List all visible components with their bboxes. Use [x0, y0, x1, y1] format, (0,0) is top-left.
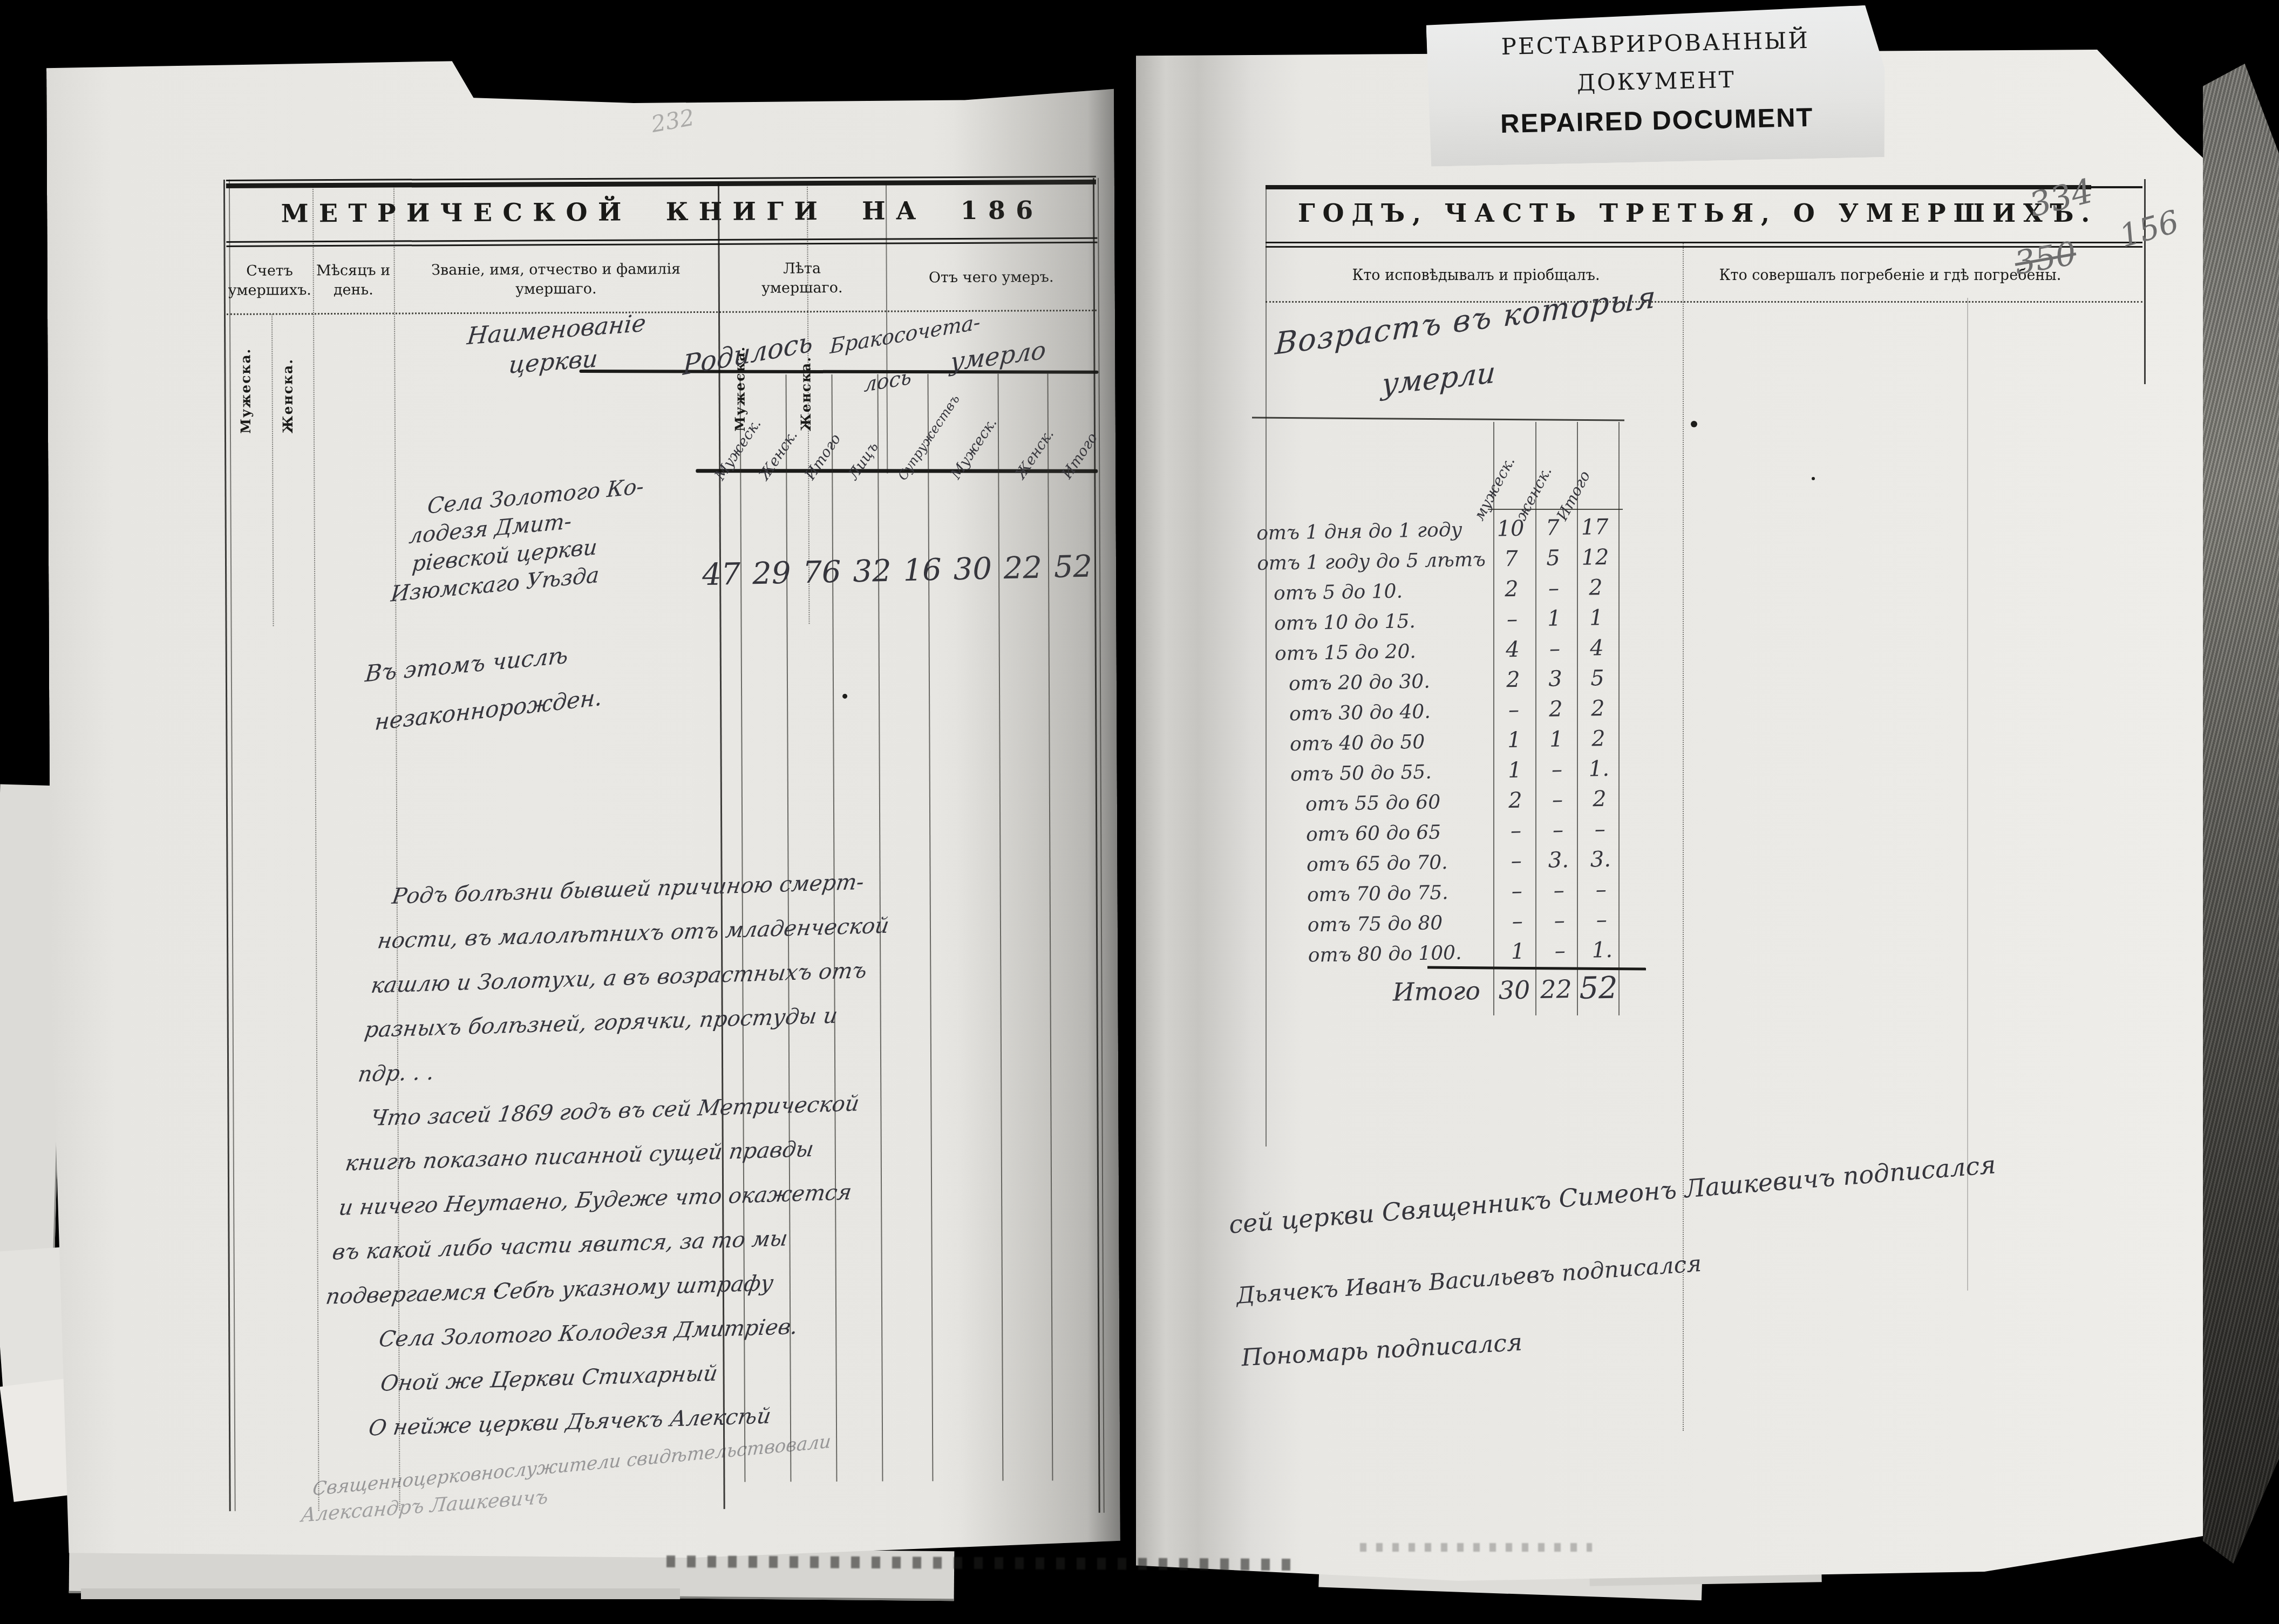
hw-church-entry: Села Золотого Ко-лодезя Дмит-ріевской це…: [403, 472, 645, 607]
hw-signature-line: Дьячекъ Иванъ Васильевъ подписался: [1235, 1250, 1702, 1309]
age-female-count: 3: [1534, 666, 1577, 692]
age-female-count: –: [1538, 908, 1581, 933]
age-total-all: 52: [1576, 970, 1620, 1006]
age-male-count: 4: [1492, 637, 1534, 662]
subcolumn-female-label: Женска.: [798, 304, 814, 431]
age-range-label: отъ 80 до 100.: [1264, 941, 1498, 967]
age-total-count: 17: [1574, 515, 1616, 540]
age-male-count: –: [1496, 909, 1539, 934]
table-rule: [1252, 417, 1624, 421]
age-male-count: 2: [1491, 576, 1533, 602]
column-header-count: Счетъ умершихъ.: [226, 249, 313, 312]
age-male-count: 2: [1492, 667, 1535, 692]
age-female-count: –: [1536, 757, 1579, 782]
age-female-count: –: [1533, 576, 1575, 601]
age-total-count: 1.: [1578, 756, 1621, 781]
hw-age-heading2: умерли: [1380, 356, 1496, 402]
column-header-name: Званіе, имя, отчество и фамилія умершаго…: [393, 248, 718, 312]
age-total-count: 1: [1575, 605, 1618, 631]
age-male-count: 7: [1490, 546, 1533, 571]
age-female-count: –: [1534, 636, 1576, 661]
age-range-label: отъ 55 до 60: [1261, 790, 1495, 816]
age-female-count: –: [1537, 817, 1580, 843]
age-female-count: 2: [1535, 697, 1577, 722]
summary-number: 32: [847, 553, 898, 589]
hw-note-line: Въ этомъ числѣ: [364, 642, 569, 687]
age-total-label: Итого: [1260, 975, 1494, 1009]
column-line: [312, 185, 319, 1511]
age-total-count: –: [1579, 816, 1621, 842]
book-fore-edge: [2203, 64, 2279, 1564]
subcolumn-male-label: Мужеска.: [237, 318, 254, 434]
margin-line: [2144, 179, 2146, 384]
age-range-label: отъ 1 дня до 1 году: [1256, 518, 1490, 544]
age-range-label: отъ 1 году до 5 лѣтъ: [1257, 548, 1491, 575]
ink-speck: [842, 694, 847, 699]
age-male-count: 2: [1494, 788, 1537, 813]
age-female-count: –: [1536, 787, 1579, 813]
age-range-label: отъ 15 до 20.: [1258, 639, 1492, 665]
age-total-count: –: [1580, 877, 1622, 902]
hw-diagonal-header: Лицъ: [845, 439, 882, 483]
table-rule: [1266, 185, 2091, 189]
age-male-count: –: [1495, 818, 1538, 843]
age-female-count: 7: [1532, 515, 1574, 541]
age-range-label: отъ 5 до 10.: [1257, 578, 1491, 605]
age-male-count: –: [1491, 606, 1534, 632]
summary-number: 16: [897, 552, 948, 588]
age-range-label: отъ 40 до 50: [1260, 729, 1494, 756]
age-range-label: отъ 20 до 30.: [1259, 669, 1493, 695]
table-rule: [1266, 301, 2142, 303]
summary-number: 29: [746, 556, 798, 592]
age-total-count: 3.: [1579, 847, 1622, 872]
age-range-label: отъ 70 до 75.: [1263, 881, 1496, 907]
column-header-month-day: Мѣсяцъ и день.: [312, 249, 394, 312]
table-rule: [1266, 242, 2142, 243]
age-female-count: 5: [1532, 545, 1575, 571]
hw-diagonal-headers: Мужеск.Женск.ИтогоЛицъСупружествъМужеск.…: [46, 56, 1114, 61]
hw-note-line: незаконнорожден.: [374, 684, 603, 735]
label-line-russian-2: ДОКУМЕНТ: [1427, 63, 1885, 99]
age-range-label: отъ 50 до 55.: [1261, 760, 1494, 786]
age-male-count: –: [1493, 697, 1535, 722]
age-female-count: 1: [1533, 606, 1576, 631]
archival-book-scan: 232 МЕТРИЧЕСКОЙ КНИГИ НА 186 Счетъ умерш…: [0, 0, 2279, 1624]
summary-number: 47: [696, 557, 747, 593]
under-page-strip: [81, 1588, 680, 1599]
age-range-label: отъ 65 до 70.: [1262, 850, 1496, 877]
age-male-count: 1: [1493, 727, 1536, 753]
hw-signature-line: Пономарь подписался: [1241, 1328, 1523, 1371]
age-total-count: –: [1580, 907, 1623, 932]
age-female-count: –: [1538, 878, 1580, 903]
hw-married-label2: лось: [863, 365, 912, 397]
column-line: [1967, 298, 1968, 1291]
age-male-count: 10: [1489, 516, 1532, 541]
hw-age-table: отъ 1 дня до 1 году 10 7 17 отъ 1 году д…: [1256, 511, 1642, 971]
ink-speck: [494, 1289, 498, 1293]
age-male-count: 1: [1494, 758, 1536, 783]
label-line-english: REPAIRED DOCUMENT: [1428, 101, 1886, 141]
age-total-male: 30: [1493, 975, 1536, 1005]
hw-diagonal-header: Женск.: [756, 427, 801, 483]
age-female-count: 3.: [1537, 848, 1580, 873]
bleed-through-text: [1360, 1543, 1592, 1552]
age-total-female: 22: [1535, 974, 1577, 1004]
fore-edge-texture: [2203, 64, 2279, 1564]
left-page: 232 МЕТРИЧЕСКОЙ КНИГИ НА 186 Счетъ умерш…: [46, 56, 1120, 1561]
right-page: ГОДЪ, ЧАСТЬ ТРЕТЬЯ, О УМЕРШИХЪ. Кто испо…: [1136, 50, 2210, 1581]
age-male-count: 1: [1496, 939, 1539, 964]
hw-church-name-label: Наименованіе церкви: [401, 305, 709, 387]
age-male-count: –: [1495, 878, 1538, 904]
age-table-row: отъ 80 до 100. 1 – 1.: [1263, 934, 1642, 971]
summary-number: 76: [797, 554, 848, 590]
age-female-count: –: [1539, 938, 1581, 964]
age-total-count: 5: [1576, 666, 1619, 691]
age-total-count: 1.: [1581, 937, 1623, 963]
age-total-count: 12: [1574, 545, 1617, 570]
hw-signature-line: сей церкви Священникъ Симеонъ Лашкевичъ …: [1228, 1150, 1997, 1239]
age-total-count: 2: [1579, 786, 1621, 811]
age-range-label: отъ 10 до 15.: [1258, 609, 1492, 635]
table-rule: [1266, 246, 2142, 248]
pencil-page-mark: 232: [649, 104, 697, 138]
age-total-count: 2: [1577, 726, 1620, 751]
age-male-count: –: [1495, 848, 1538, 874]
age-range-label: отъ 60 до 65: [1262, 820, 1495, 847]
age-range-label: отъ 75 до 80: [1263, 911, 1497, 937]
age-total-count: 2: [1577, 695, 1620, 721]
label-line-russian-1: РЕСТАВРИРОВАННЫЙ: [1426, 25, 1885, 62]
right-page-title: ГОДЪ, ЧАСТЬ ТРЕТЬЯ, О УМЕРШИХЪ.: [1298, 199, 1892, 228]
repaired-document-label: РЕСТАВРИРОВАННЫЙ ДОКУМЕНТ REPAIRED DOCUM…: [1426, 5, 1887, 167]
pencil-page-number-alt: 156: [2115, 203, 2183, 255]
age-female-count: 1: [1535, 727, 1578, 752]
column-line: [271, 315, 274, 626]
subcolumn-female-label: Женска.: [280, 317, 296, 433]
ink-speck: [1691, 421, 1697, 427]
ink-speck: [1812, 477, 1815, 480]
table-rule: [2091, 186, 2142, 188]
column-header-age: Лѣта умершаго.: [718, 247, 886, 310]
age-table-total-row: Итого 30 22 52: [1260, 970, 1638, 1012]
age-total-count: 2: [1575, 575, 1617, 601]
age-range-label: отъ 30 до 40.: [1260, 699, 1493, 726]
age-total-count: 4: [1576, 636, 1618, 661]
